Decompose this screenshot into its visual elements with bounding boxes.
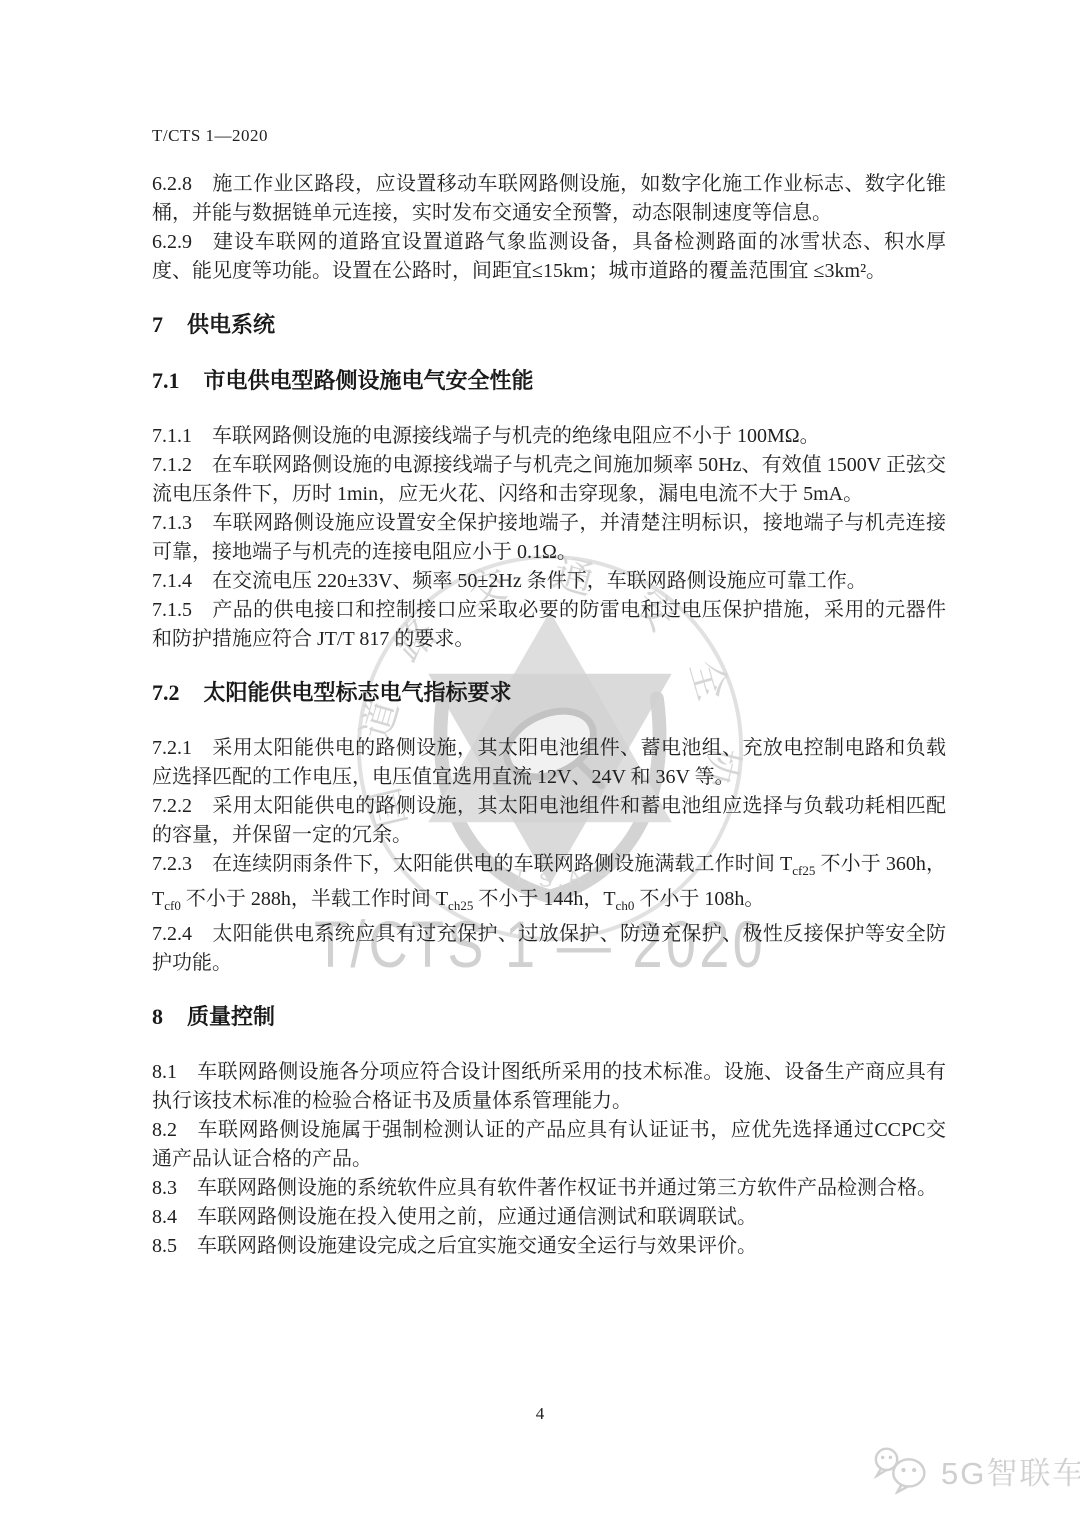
clause-text: 车联网路侧设施的系统软件应具有软件著作权证书并通过第三方软件产品检测合格。 xyxy=(197,1177,937,1199)
section-7-1-heading: 7.1市电供电型路侧设施电气安全性能 xyxy=(152,366,946,396)
clause-7-1-2: 7.1.2在车联网路侧设施的电源接线端子与机壳之间施加频率 50Hz、有效值 1… xyxy=(152,451,946,509)
clause-6-2-8: 6.2.8施工作业区路段，应设置移动车联网路侧设施，如数字化施工作业标志、数字化… xyxy=(152,170,946,228)
clause-number: 7.2.1 xyxy=(152,737,192,759)
clause-number: 7.2.3 xyxy=(152,853,192,875)
section-7-heading: 7供电系统 xyxy=(152,310,946,340)
clause-number: 7.2.2 xyxy=(152,795,192,817)
section-title: 市电供电型路侧设施电气安全性能 xyxy=(204,368,534,393)
clause-text: 车联网路侧设施属于强制检测认证的产品应具有认证证书，应优先选择通过CCPC交通产… xyxy=(152,1119,946,1170)
clause-7-1-5: 7.1.5产品的供电接口和控制接口应采取必要的防雷电和过电压保护措施，采用的元器… xyxy=(152,596,946,654)
section-title: 质量控制 xyxy=(187,1004,275,1029)
clause-8-1: 8.1车联网路侧设施各分项应符合设计图纸所采用的技术标准。设施、设备生产商应具有… xyxy=(152,1058,946,1116)
clause-8-3: 8.3车联网路侧设施的系统软件应具有软件著作权证书并通过第三方软件产品检测合格。 xyxy=(152,1174,946,1203)
clause-number: 7.1.4 xyxy=(152,570,192,592)
section-number: 7.2 xyxy=(152,680,180,705)
page-content: T/CTS 1—2020 6.2.8施工作业区路段，应设置移动车联网路侧设施，如… xyxy=(0,0,1080,1261)
clause-number: 8.2 xyxy=(152,1119,177,1141)
clause-8-2: 8.2车联网路侧设施属于强制检测认证的产品应具有认证证书，应优先选择通过CCPC… xyxy=(152,1116,946,1174)
clause-text: 产品的供电接口和控制接口应采取必要的防雷电和过电压保护措施，采用的元器件和防护措… xyxy=(152,599,946,650)
clause-number: 8.3 xyxy=(152,1177,177,1199)
clause-7-1-1: 7.1.1车联网路侧设施的电源接线端子与机壳的绝缘电阻应不小于 100MΩ。 xyxy=(152,422,946,451)
clause-text: 在车联网路侧设施的电源接线端子与机壳之间施加频率 50Hz、有效值 1500V … xyxy=(152,454,946,505)
brand-label: 5G智联车 xyxy=(941,1448,1080,1493)
clause-number: 7.1.3 xyxy=(152,512,192,534)
section-number: 8 xyxy=(152,1004,163,1029)
section-8-heading: 8质量控制 xyxy=(152,1002,946,1032)
clause-text: 采用太阳能供电的路侧设施，其太阳电池组件、蓄电池组、充放电控制电路和负载应选择匹… xyxy=(152,737,946,788)
clause-7-1-3: 7.1.3车联网路侧设施应设置安全保护接地端子，并清楚注明标识，接地端子与机壳连… xyxy=(152,509,946,567)
clause-text: 太阳能供电系统应具有过充保护、过放保护、防逆充保护、极性反接保护等安全防护功能。 xyxy=(152,923,946,974)
clause-6-2-9: 6.2.9建设车联网的道路宜设置道路气象监测设备，具备检测路面的冰雪状态、积水厚… xyxy=(152,228,946,286)
brand-watermark: 5G智联车 xyxy=(872,1446,1080,1494)
clause-number: 7.1.5 xyxy=(152,599,192,621)
clause-text: 采用太阳能供电的路侧设施，其太阳电池组件和蓄电池组应选择与负载功耗相匹配的容量，… xyxy=(152,795,946,846)
section-7-2-heading: 7.2太阳能供电型标志电气指标要求 xyxy=(152,678,946,708)
clause-text: 车联网路侧设施在投入使用之前，应通过通信测试和联调联试。 xyxy=(197,1206,757,1228)
clause-number: 7.1.1 xyxy=(152,425,192,447)
document-page: 中国道路交通安全协会 R.T.S.A.C T/CTS 1 — 2020 T/CT… xyxy=(0,0,1080,1527)
clause-7-2-1: 7.2.1采用太阳能供电的路侧设施，其太阳电池组件、蓄电池组、充放电控制电路和负… xyxy=(152,734,946,792)
clause-number: 7.1.2 xyxy=(152,454,192,476)
clause-text: 在交流电压 220±33V、频率 50±2Hz 条件下，车联网路侧设施应可靠工作… xyxy=(212,570,867,592)
wechat-icon xyxy=(872,1446,934,1494)
clause-number: 8.5 xyxy=(152,1235,177,1257)
clause-text: 在连续阴雨条件下，太阳能供电的车联网路侧设施满载工作时间 Tcf25 不小于 3… xyxy=(152,853,946,910)
clause-text: 车联网路侧设施各分项应符合设计图纸所采用的技术标准。设施、设备生产商应具有执行该… xyxy=(152,1061,946,1112)
document-header: T/CTS 1—2020 xyxy=(152,126,946,146)
clause-number: 8.1 xyxy=(152,1061,177,1083)
clause-number: 7.2.4 xyxy=(152,923,192,945)
clause-text: 建设车联网的道路宜设置道路气象监测设备，具备检测路面的冰雪状态、积水厚度、能见度… xyxy=(152,231,946,282)
clause-text: 施工作业区路段，应设置移动车联网路侧设施，如数字化施工作业标志、数字化锥桶，并能… xyxy=(152,173,946,224)
clause-7-1-4: 7.1.4在交流电压 220±33V、频率 50±2Hz 条件下，车联网路侧设施… xyxy=(152,567,946,596)
section-title: 供电系统 xyxy=(187,312,275,337)
clause-number: 6.2.9 xyxy=(152,231,192,253)
clause-8-4: 8.4车联网路侧设施在投入使用之前，应通过通信测试和联调联试。 xyxy=(152,1203,946,1232)
clause-7-2-2: 7.2.2采用太阳能供电的路侧设施，其太阳电池组件和蓄电池组应选择与负载功耗相匹… xyxy=(152,792,946,850)
section-title: 太阳能供电型标志电气指标要求 xyxy=(204,680,512,705)
clause-7-2-3: 7.2.3在连续阴雨条件下，太阳能供电的车联网路侧设施满载工作时间 Tcf25 … xyxy=(152,850,946,920)
section-number: 7.1 xyxy=(152,368,180,393)
clause-7-2-4: 7.2.4太阳能供电系统应具有过充保护、过放保护、防逆充保护、极性反接保护等安全… xyxy=(152,920,946,978)
section-number: 7 xyxy=(152,312,163,337)
clause-number: 6.2.8 xyxy=(152,173,192,195)
clause-8-5: 8.5车联网路侧设施建设完成之后宜实施交通安全运行与效果评价。 xyxy=(152,1232,946,1261)
page-number: 4 xyxy=(0,1404,1080,1424)
clause-text: 车联网路侧设施应设置安全保护接地端子，并清楚注明标识，接地端子与机壳连接可靠，接… xyxy=(152,512,946,563)
clause-text: 车联网路侧设施的电源接线端子与机壳的绝缘电阻应不小于 100MΩ。 xyxy=(212,425,820,447)
clause-text: 车联网路侧设施建设完成之后宜实施交通安全运行与效果评价。 xyxy=(197,1235,757,1257)
clause-number: 8.4 xyxy=(152,1206,177,1228)
